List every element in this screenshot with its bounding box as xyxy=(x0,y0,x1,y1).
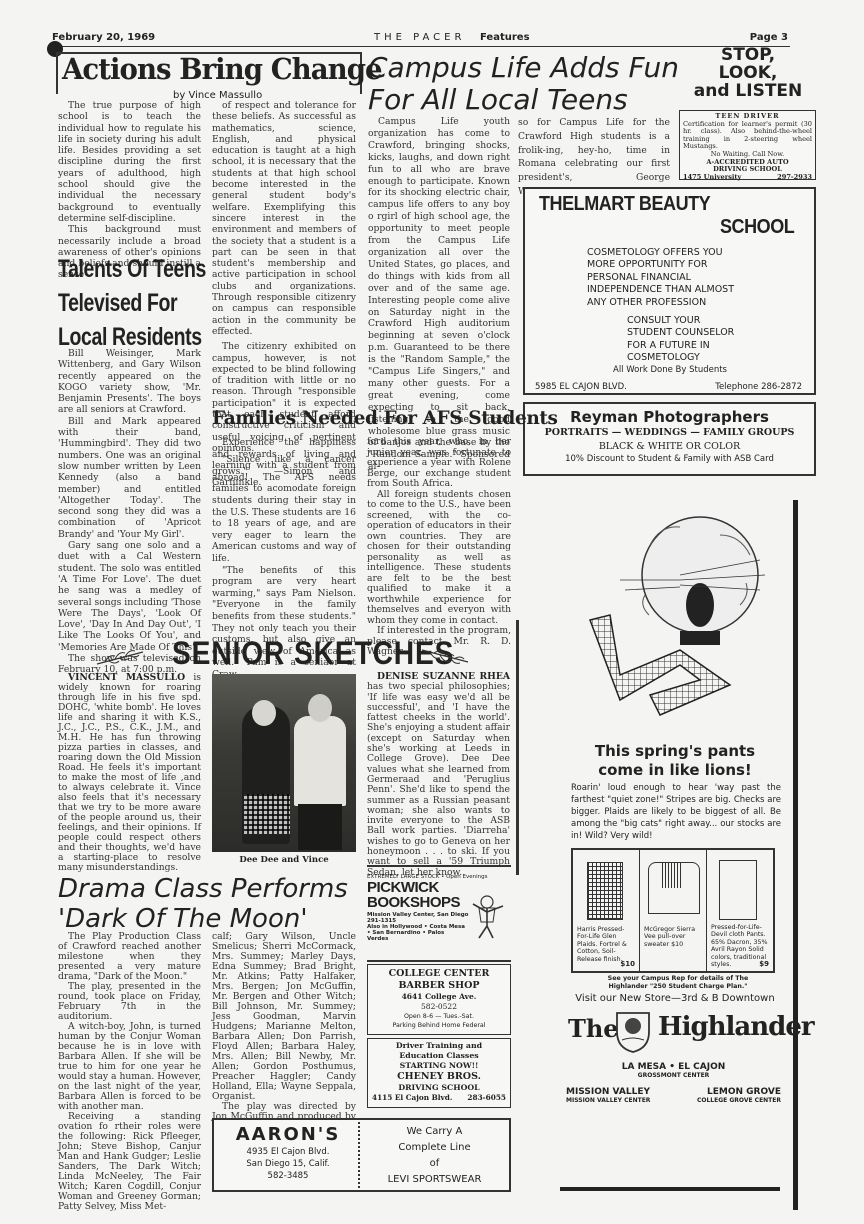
product-grid: Harris Pressed-For-Life Glen Plaids. For… xyxy=(571,848,775,973)
teen-driver-ad: TEEN DRIVER Certification for learner's … xyxy=(679,110,816,180)
actions-column-2: of respect and tolerance for these belie… xyxy=(212,100,356,488)
highlander-bottom-rule xyxy=(560,1187,780,1191)
crest-icon xyxy=(614,1010,652,1054)
senior-photo xyxy=(212,674,356,852)
issue-date: February 20, 1969 xyxy=(52,32,155,43)
thelmart-pitch: COSMETOLOGY OFFERS YOU MORE OPPORTUNITY … xyxy=(587,247,734,309)
dickens-figure-icon xyxy=(467,892,507,942)
page-number: Page 3 xyxy=(750,32,788,43)
highlander-location-left: MISSION VALLEY MISSION VALLEY CENTER xyxy=(566,1087,650,1104)
vince-sketch: VINCENT MASSULLO is widely known for roa… xyxy=(58,673,201,873)
highlander-logo: The Highlander xyxy=(566,1010,781,1052)
charge-plan-note: See your Campus Rep for details of The H… xyxy=(598,975,758,991)
new-store-note: Visit our New Store—3rd & B Downtown xyxy=(565,993,785,1004)
afs-headline: Families Needed For AFS Students xyxy=(212,408,558,429)
laurel-right-icon xyxy=(420,646,470,664)
afs-column-2: ford this year, who, in her junior year,… xyxy=(367,437,511,658)
thelmart-beauty-school-ad: THELMART BEAUTY SCHOOL COSMETOLOGY OFFER… xyxy=(523,187,816,395)
column-rule xyxy=(516,620,519,875)
stop-look-listen-ad: STOP, LOOK, and LISTEN xyxy=(682,46,814,100)
denise-sketch: DENISE SUZANNE RHEA has two special phil… xyxy=(367,672,510,878)
lion-illustration xyxy=(580,505,780,735)
divider xyxy=(367,960,511,962)
reyman-photographers-ad: Reyman Photographers PORTRAITS — WEDDING… xyxy=(523,402,816,476)
talents-body: Bill Weisinger, Mark Wittenberg, and Gar… xyxy=(58,348,201,676)
plaid-pants-icon xyxy=(587,862,623,920)
cheney-bros-driving-school-ad: Driver Training and Education Classes ST… xyxy=(367,1038,511,1108)
campus-headline: Campus Life Adds Fun For All Local Teens xyxy=(368,52,679,116)
photo-caption: Dee Dee and Vince xyxy=(212,855,356,865)
aarons-ad: AARON'S 4935 El Cajon Blvd. San Diego 15… xyxy=(212,1118,362,1192)
drama-headline: Drama Class Performs 'Dark Of The Moon' xyxy=(58,874,348,934)
solid-pants-icon xyxy=(719,860,757,920)
masthead: February 20, 1969 THE PACER Features Pag… xyxy=(50,34,790,47)
product-glen-plaids: Harris Pressed-For-Life Glen Plaids. For… xyxy=(573,850,640,971)
section-name: Features xyxy=(480,32,530,43)
talents-headline: Talents Of Teens Televised For Local Res… xyxy=(58,252,203,354)
product-devilcloth-pants: Pressed-for-Life-Devil cloth Pants. 65% … xyxy=(707,850,773,971)
photo-figure-man xyxy=(294,716,346,806)
laurel-left-icon xyxy=(95,648,145,666)
drama-column-2: calf; Gary Wilson, Uncle Smelicus; Sherr… xyxy=(212,932,356,1132)
levi-sportswear-ad: We Carry A Complete Line of LEVI SPORTSW… xyxy=(358,1118,511,1192)
senior-sketches-headline: SENIOR SKETCHES xyxy=(172,635,454,672)
paper-name: THE PACER xyxy=(374,32,465,43)
highlander-headline: This spring's pants come in like lions! xyxy=(565,742,785,780)
actions-headline: Actions Bring Change xyxy=(62,52,382,86)
highlander-location-main: LA MESA • EL CAJON GROSSMONT CENTER xyxy=(566,1062,781,1079)
highlander-body: Roarin' loud enough to hear 'way past th… xyxy=(571,782,781,842)
divider xyxy=(367,865,511,867)
drama-column-1: The Play Production Class of Crawford re… xyxy=(58,932,201,1212)
highlander-location-right: LEMON GROVE COLLEGE GROVE CENTER xyxy=(696,1087,781,1104)
highlander-ad-border xyxy=(793,500,798,1210)
pickwick-bookshops-ad: EXTREMELY LARGE STOCK • Open Evenings PI… xyxy=(367,874,511,956)
thelmart-consult: CONSULT YOUR STUDENT COUNSELOR FOR A FUT… xyxy=(627,315,734,365)
product-sierra-sweater: McGregor Sierra Vee pull-over sweater $1… xyxy=(640,850,707,971)
college-center-barber-ad: COLLEGE CENTER BARBER SHOP 4641 College … xyxy=(367,964,511,1035)
